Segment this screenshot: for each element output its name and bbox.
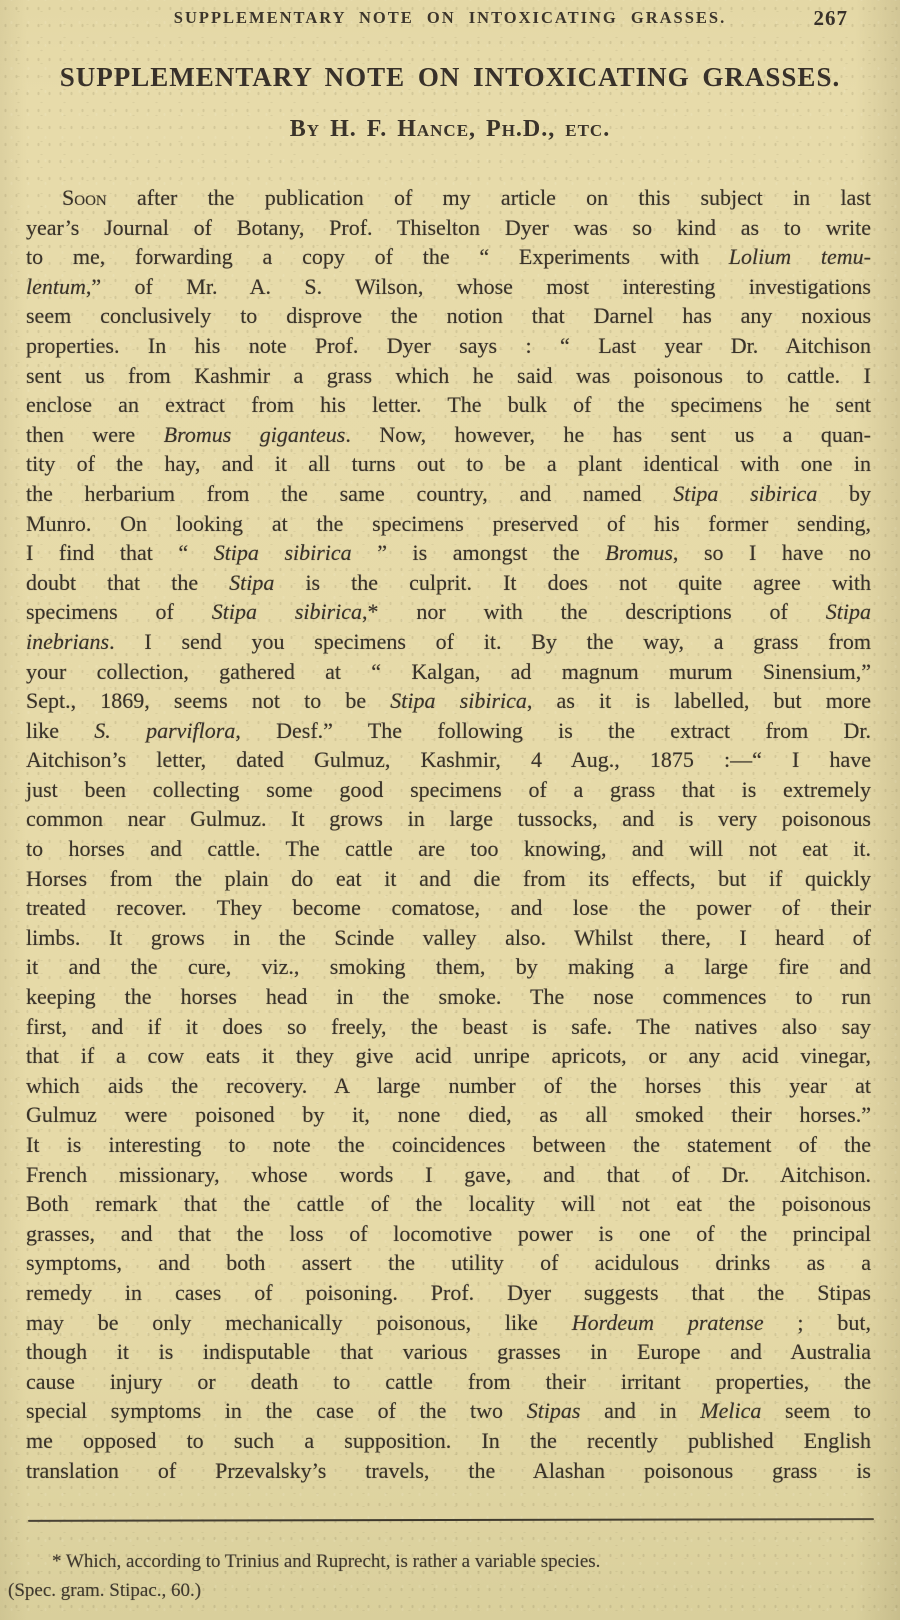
footnote: * Which, according to Trinius and Ruprec… — [8, 1547, 880, 1605]
text-run: common near Gulmuz. It grows in large tu… — [26, 806, 871, 831]
text-run: Aitchison’s letter, dated Gulmuz, Kashmi… — [26, 747, 871, 772]
body-line: I find that “ Stipa sibirica ” is amongs… — [26, 538, 871, 568]
text-run: cause injury or death to cattle from the… — [26, 1369, 871, 1394]
text-run: symptoms, and both assert the utility of… — [26, 1250, 871, 1275]
text-run: Lolium temu- — [729, 244, 871, 269]
text-run: ,* nor with the descriptions of — [362, 599, 826, 624]
text-run: properties. In his note Prof. Dyer says … — [26, 333, 871, 358]
text-run: grasses, and that the loss of locomotive… — [26, 1221, 871, 1246]
body-line: inebrians. I send you specimens of it. B… — [26, 627, 871, 657]
text-run: Bromus giganteus — [164, 422, 346, 447]
text-run: the herbarium from the same country, and… — [26, 481, 673, 506]
text-run: I find that “ — [26, 540, 214, 565]
text-run: it and the cure, viz., smoking them, by … — [26, 954, 871, 979]
body-line: tity of the hay, and it all turns out to… — [26, 449, 871, 479]
text-run: French missionary, whose words I gave, a… — [26, 1162, 871, 1187]
body-line: it and the cure, viz., smoking them, by … — [26, 952, 871, 982]
body-line: Munro. On looking at the specimens prese… — [26, 509, 871, 539]
text-run: specimens of — [26, 599, 212, 624]
body-line: like S. parviflora, Desf.” The following… — [26, 716, 871, 746]
body-line: the herbarium from the same country, and… — [26, 479, 871, 509]
body-line: Both remark that the cattle of the local… — [26, 1189, 871, 1219]
text-run: , so I have no — [673, 540, 871, 565]
text-run: Bromus — [605, 540, 673, 565]
body-line: though it is indisputable that various g… — [26, 1337, 871, 1367]
text-run: tity of the hay, and it all turns out to… — [26, 451, 871, 476]
text-run: to me, forwarding a copy of the “ Experi… — [26, 244, 729, 269]
body-line: symptoms, and both assert the utility of… — [26, 1248, 871, 1278]
footnote-rule — [28, 1518, 874, 1522]
text-run: treated recover. They become comatose, a… — [26, 895, 871, 920]
text-run: doubt that the — [26, 570, 229, 595]
body-line: Gulmuz were poisoned by it, none died, a… — [26, 1100, 871, 1130]
text-run: Stipa sibirica — [212, 599, 362, 624]
body-line: may be only mechanically poisonous, like… — [26, 1308, 871, 1338]
text-run: like — [26, 718, 94, 743]
text-run: (Spec. gram. Stipac., 60.) — [8, 1580, 201, 1601]
text-run: special symptoms in the case of the two — [26, 1398, 527, 1423]
text-run: ; but, — [764, 1310, 871, 1335]
text-run: , Desf.” The following is the extract fr… — [235, 718, 871, 743]
text-run: me opposed to such a supposition. In the… — [26, 1428, 871, 1453]
text-run: seem conclusively to disprove the notion… — [26, 303, 871, 328]
page-number: 267 — [814, 6, 849, 31]
body-line: just been collecting some good specimens… — [26, 775, 871, 805]
text-run: translation of Przevalsky’s travels, the… — [26, 1458, 871, 1483]
body-line: cause injury or death to cattle from the… — [26, 1367, 871, 1397]
text-run: just been collecting some good specimens… — [26, 777, 871, 802]
body-line: French missionary, whose words I gave, a… — [26, 1160, 871, 1190]
text-run: though it is indisputable that various g… — [26, 1339, 871, 1364]
text-run: may be only mechanically poisonous, like — [26, 1310, 572, 1335]
body-line: keeping the horses head in the smoke. Th… — [26, 982, 871, 1012]
text-run: which aids the recovery. A large number … — [26, 1073, 871, 1098]
footnote-line: * Which, according to Trinius and Ruprec… — [8, 1547, 880, 1576]
body-line: It is interesting to note the coincidenc… — [26, 1130, 871, 1160]
text-run: Stipas — [527, 1398, 581, 1423]
body-line: year’s Journal of Botany, Prof. Thiselto… — [26, 213, 871, 243]
text-run: * Which, according to Trinius and Ruprec… — [52, 1551, 600, 1572]
body-line: limbs. It grows in the Scinde valley als… — [26, 923, 871, 953]
text-run: Stipa sibirica — [214, 540, 352, 565]
text-run: Horses from the plain do eat it and die … — [26, 866, 871, 891]
body-line: Horses from the plain do eat it and die … — [26, 864, 871, 894]
body-line: sent us from Kashmir a grass which he sa… — [26, 361, 871, 391]
byline: By H. F. Hance, Ph.D., etc. — [0, 116, 900, 143]
text-run: is the culprit. It does not quite agree … — [274, 570, 871, 595]
text-run: limbs. It grows in the Scinde valley als… — [26, 925, 871, 950]
body-line: enclose an extract from his letter. The … — [26, 390, 871, 420]
body-line: seem conclusively to disprove the notion… — [26, 301, 871, 331]
text-run: after the publication of my article on t… — [107, 185, 871, 210]
body-line: properties. In his note Prof. Dyer says … — [26, 331, 871, 361]
body-line: that if a cow eats it they give acid unr… — [26, 1041, 871, 1071]
text-run: S. parviflora — [94, 718, 235, 743]
text-run: Both remark that the cattle of the local… — [26, 1191, 871, 1216]
text-run: . Now, however, he has sent us a quan- — [345, 422, 871, 447]
text-run: Sept., 1869, seems not to be — [26, 688, 390, 713]
body-line: lentum,” of Mr. A. S. Wilson, whose most… — [26, 272, 871, 302]
text-run: Hordeum pratense — [572, 1310, 764, 1335]
body-line: specimens of Stipa sibirica,* nor with t… — [26, 597, 871, 627]
article-title: SUPPLEMENTARY NOTE ON INTOXICATING GRASS… — [0, 62, 900, 93]
text-run: . I send you specimens of it. By the way… — [109, 629, 871, 654]
text-run: first, and if it does so freely, the bea… — [26, 1014, 871, 1039]
text-run: enclose an extract from his letter. The … — [26, 392, 871, 417]
text-run: Stipa — [826, 599, 871, 624]
text-run: ” is amongst the — [352, 540, 606, 565]
body-line: doubt that the Stipa is the culprit. It … — [26, 568, 871, 598]
body-line: your collection, gathered at “ Kalgan, a… — [26, 657, 871, 687]
footnote-line: (Spec. gram. Stipac., 60.) — [8, 1576, 880, 1605]
text-run: Gulmuz were poisoned by it, none died, a… — [26, 1102, 871, 1127]
text-run: by — [817, 481, 871, 506]
running-head: SUPPLEMENTARY NOTE ON INTOXICATING GRASS… — [0, 8, 900, 28]
body-line: Aitchison’s letter, dated Gulmuz, Kashmi… — [26, 745, 871, 775]
text-run: Soon — [62, 185, 107, 210]
text-run: that if a cow eats it they give acid unr… — [26, 1043, 871, 1068]
text-run: and in — [581, 1398, 701, 1423]
text-run: It is interesting to note the coincidenc… — [26, 1132, 871, 1157]
body-line: to me, forwarding a copy of the “ Experi… — [26, 242, 871, 272]
text-run: Stipa — [229, 570, 274, 595]
text-run: remedy in cases of poisoning. Prof. Dyer… — [26, 1280, 871, 1305]
body-line: to horses and cattle. The cattle are too… — [26, 834, 871, 864]
body-line: common near Gulmuz. It grows in large tu… — [26, 804, 871, 834]
text-run: year’s Journal of Botany, Prof. Thiselto… — [26, 215, 871, 240]
text-run: then were — [26, 422, 164, 447]
body-line: then were Bromus giganteus. Now, however… — [26, 420, 871, 450]
body-line: grasses, and that the loss of locomotive… — [26, 1219, 871, 1249]
text-run: seem to — [761, 1398, 871, 1423]
text-run: Melica — [700, 1398, 761, 1423]
body-line: me opposed to such a supposition. In the… — [26, 1426, 871, 1456]
body-line: special symptoms in the case of the two … — [26, 1396, 871, 1426]
text-run: inebrians — [26, 629, 109, 654]
text-run: to horses and cattle. The cattle are too… — [26, 836, 871, 861]
text-run: your collection, gathered at “ Kalgan, a… — [26, 659, 871, 684]
text-run: Stipa sibirica — [390, 688, 527, 713]
text-run: lentum — [26, 274, 86, 299]
text-run: keeping the horses head in the smoke. Th… — [26, 984, 871, 1009]
body-line: first, and if it does so freely, the bea… — [26, 1012, 871, 1042]
text-run: sent us from Kashmir a grass which he sa… — [26, 363, 871, 388]
text-run: Stipa sibirica — [673, 481, 817, 506]
scanned-page: SUPPLEMENTARY NOTE ON INTOXICATING GRASS… — [0, 0, 900, 1620]
body-line: which aids the recovery. A large number … — [26, 1071, 871, 1101]
text-run: Munro. On looking at the specimens prese… — [26, 511, 871, 536]
body-line: remedy in cases of poisoning. Prof. Dyer… — [26, 1278, 871, 1308]
body-line: treated recover. They become comatose, a… — [26, 893, 871, 923]
body-line: Soon after the publication of my article… — [26, 183, 871, 213]
text-run: ,” of Mr. A. S. Wilson, whose most inter… — [86, 274, 871, 299]
body-text: Soon after the publication of my article… — [26, 183, 871, 1485]
body-line: translation of Przevalsky’s travels, the… — [26, 1456, 871, 1486]
body-line: Sept., 1869, seems not to be Stipa sibir… — [26, 686, 871, 716]
text-run: , as it is labelled, but more — [527, 688, 871, 713]
